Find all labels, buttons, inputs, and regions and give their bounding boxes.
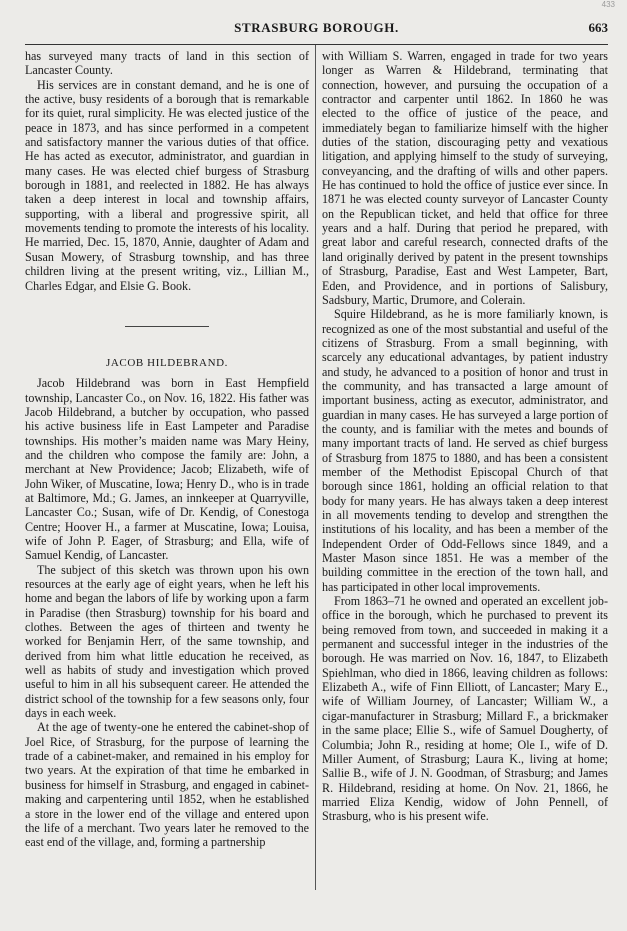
paragraph-birth-family: Jacob Hildebrand was born in East Hempfi… bbox=[25, 376, 309, 562]
paragraph-squire-hildebrand: Squire Hildebrand, as he is more familia… bbox=[322, 307, 608, 594]
left-column: has surveyed many tracts of land in this… bbox=[25, 49, 309, 850]
section-heading-jacob-hildebrand: JACOB HILDEBRAND. bbox=[25, 356, 309, 370]
corner-pencil-mark: 433 bbox=[602, 0, 615, 9]
paragraph-public-offices: with William S. Warren, engaged in trade… bbox=[322, 49, 608, 307]
book-page: 433 STRASBURG BOROUGH. 663 has surveyed … bbox=[0, 0, 627, 931]
paragraph-cabinet-trade: At the age of twenty-one he entered the … bbox=[25, 720, 309, 849]
running-title: STRASBURG BOROUGH. bbox=[25, 20, 608, 36]
section-separator-rule bbox=[125, 326, 209, 327]
paragraph-early-life: The subject of this sketch was thrown up… bbox=[25, 563, 309, 721]
running-head: STRASBURG BOROUGH. 663 bbox=[25, 18, 608, 38]
paragraph-job-office-family: From 1863–71 he owned and operated an ex… bbox=[322, 594, 608, 824]
paragraph-book-bio: His services are in constant demand, and… bbox=[25, 78, 309, 293]
page-number: 663 bbox=[589, 20, 609, 36]
right-column: with William S. Warren, engaged in trade… bbox=[322, 49, 608, 824]
paragraph-continuation: has surveyed many tracts of land in this… bbox=[25, 49, 309, 78]
header-rule bbox=[25, 44, 608, 45]
column-divider bbox=[315, 45, 316, 890]
